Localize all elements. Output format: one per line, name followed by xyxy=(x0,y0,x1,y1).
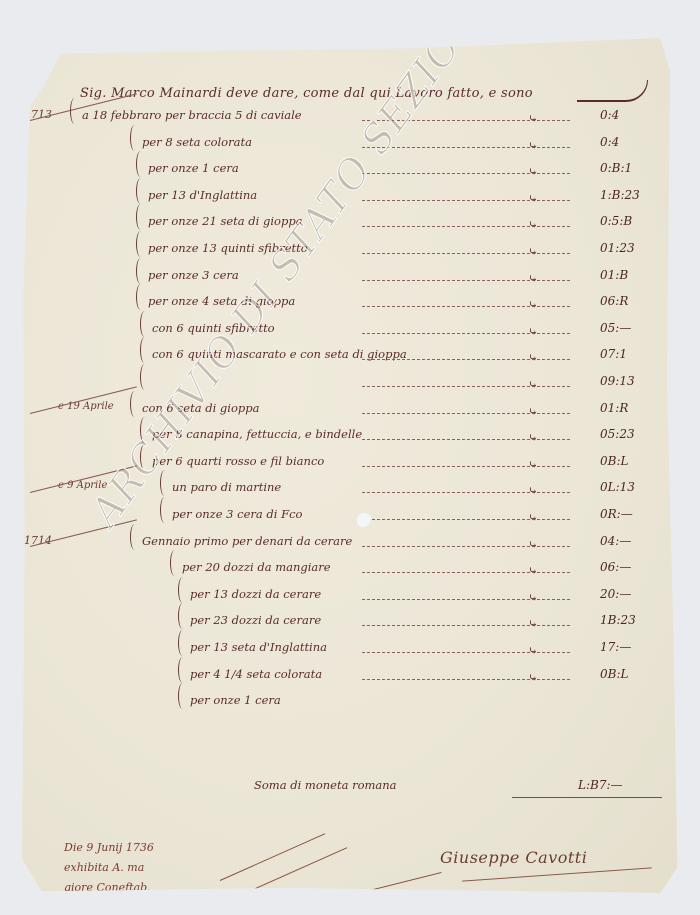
entry-amount: 05:23 xyxy=(600,427,635,441)
line-flourish xyxy=(140,417,149,443)
ledger-row: per 23 dozzi da cerare⤷1B:23 xyxy=(22,613,680,635)
ledger-row: per 6 quarti rosso e fil bianco⤷0B:L xyxy=(22,454,680,476)
leader-dashes xyxy=(362,679,570,680)
line-flourish xyxy=(70,98,79,124)
entry-description: per onze 13 quinti sfibretto xyxy=(148,241,308,255)
leader-dashes xyxy=(362,173,570,174)
leader-dashes xyxy=(362,519,570,520)
entry-amount: 20:— xyxy=(600,587,631,601)
entry-amount: 06:— xyxy=(600,560,631,574)
line-flourish xyxy=(140,364,149,390)
flourish-arrow-icon: ⤷ xyxy=(528,272,538,286)
ledger-row: per 4 1/4 seta colorata⤷0B:L xyxy=(22,667,680,689)
ledger-row: per onze 3 cera⤷01:B xyxy=(22,268,680,290)
entry-description: per 13 dozzi da cerare xyxy=(190,587,321,601)
line-flourish xyxy=(130,391,139,417)
flourish-arrow-icon: ⤷ xyxy=(528,165,538,179)
flourish-arrow-icon: ⤷ xyxy=(528,192,538,206)
entry-description: Gennaio primo per denari da cerare xyxy=(142,534,352,548)
leader-dashes xyxy=(362,572,570,573)
total-amount: L:B7:— xyxy=(578,778,623,792)
line-flourish xyxy=(130,125,139,151)
ledger-row: per 8 seta colorata⤷0:4 xyxy=(22,135,680,157)
entry-description: con 6 seta di gioppa xyxy=(142,401,259,415)
entry-amount: 0:B:1 xyxy=(600,161,632,175)
ledger-row: ⤷09:13 xyxy=(22,374,680,396)
ledger-row: per onze 3 cera di Fco⤷0R:— xyxy=(22,507,680,529)
ledger-total-row: Soma di moneta romana L:B7:— xyxy=(22,776,680,798)
entry-description: per 4 1/4 seta colorata xyxy=(190,667,322,681)
entry-amount: 01:R xyxy=(600,401,628,415)
line-flourish xyxy=(136,284,145,310)
leader-dashes xyxy=(362,546,570,547)
entry-amount: 07:1 xyxy=(600,347,627,361)
entry-amount: 0B:L xyxy=(600,667,628,681)
leader-dashes xyxy=(362,120,570,121)
leader-dashes xyxy=(362,492,570,493)
flourish-arrow-icon: ⤷ xyxy=(528,511,538,525)
ledger-row: per onze 4 seta di gioppa⤷06:R xyxy=(22,294,680,316)
archival-document-page: Sig. Marco Mainardi deve dare, come dal … xyxy=(22,38,680,893)
leader-dashes xyxy=(362,333,570,334)
strike-stroke xyxy=(220,833,325,881)
leader-dashes xyxy=(362,147,570,148)
signature: Giuseppe Cavotti xyxy=(440,848,587,867)
ledger-row: per onze 21 seta di gioppa⤷0:5:B xyxy=(22,214,680,236)
entry-amount: 01:B xyxy=(600,268,628,282)
line-flourish xyxy=(140,444,149,470)
flourish-arrow-icon: ⤷ xyxy=(528,139,538,153)
entry-amount: 05:— xyxy=(600,321,631,335)
flourish-arrow-icon: ⤷ xyxy=(528,378,538,392)
entry-amount: 0:4 xyxy=(600,135,619,149)
heading-flourish-stroke xyxy=(577,80,648,102)
ledger-row: per 13 seta d'Inglattina⤷17:— xyxy=(22,640,680,662)
flourish-arrow-icon: ⤷ xyxy=(528,644,538,658)
leader-dashes xyxy=(362,439,570,440)
flourish-arrow-icon: ⤷ xyxy=(528,431,538,445)
line-flourish xyxy=(136,178,145,204)
line-flourish xyxy=(170,550,179,576)
strike-stroke xyxy=(242,847,347,895)
entry-description: per onze 1 cera xyxy=(190,693,281,707)
document-heading: Sig. Marco Mainardi deve dare, come dal … xyxy=(80,86,533,101)
leader-dashes xyxy=(362,280,570,281)
entry-description: un paro di martine xyxy=(172,480,281,494)
entry-description: a 18 febbraro per braccia 5 di caviale xyxy=(82,108,302,122)
flourish-arrow-icon: ⤷ xyxy=(528,538,538,552)
entry-description: per onze 4 seta di gioppa xyxy=(148,294,295,308)
flourish-arrow-icon: ⤷ xyxy=(528,591,538,605)
entry-description: per 13 seta d'Inglattina xyxy=(190,640,327,654)
line-flourish xyxy=(178,630,187,656)
line-flourish xyxy=(160,497,169,523)
flourish-arrow-icon: ⤷ xyxy=(528,405,538,419)
leader-dashes xyxy=(362,413,570,414)
entry-description: per onze 21 seta di gioppa xyxy=(148,214,303,228)
line-flourish xyxy=(136,151,145,177)
entry-amount: 09:13 xyxy=(600,374,635,388)
flourish-arrow-icon: ⤷ xyxy=(528,484,538,498)
line-flourish xyxy=(178,657,187,683)
entry-amount: 17:— xyxy=(600,640,631,654)
entry-description: per 6 quarti rosso e fil bianco xyxy=(152,454,324,468)
entry-amount: 1:B:23 xyxy=(600,188,640,202)
leader-dashes xyxy=(362,200,570,201)
entry-amount: 1B:23 xyxy=(600,613,636,627)
leader-dashes xyxy=(362,226,570,227)
line-flourish xyxy=(160,470,169,496)
ledger-row: per 20 dozzi da mangiare⤷06:— xyxy=(22,560,680,582)
line-flourish xyxy=(140,337,149,363)
entry-margin-date: e 9 Aprile xyxy=(58,480,107,491)
flourish-arrow-icon: ⤷ xyxy=(528,218,538,232)
leader-dashes xyxy=(362,359,570,360)
line-flourish xyxy=(136,204,145,230)
strike-stroke xyxy=(257,872,442,915)
leader-dashes xyxy=(362,253,570,254)
flourish-arrow-icon: ⤷ xyxy=(528,617,538,631)
entry-amount: 01:23 xyxy=(600,241,635,255)
entry-description: per 23 dozzi da cerare xyxy=(190,613,321,627)
entry-margin-date: e 19 Aprile xyxy=(58,401,114,412)
ledger-row: e 19 Aprilecon 6 seta di gioppa⤷01:R xyxy=(22,401,680,423)
flourish-arrow-icon: ⤷ xyxy=(528,245,538,259)
line-flourish xyxy=(178,683,187,709)
line-flourish xyxy=(136,258,145,284)
ledger-row: per 13 d'Inglattina⤷1:B:23 xyxy=(22,188,680,210)
flourish-arrow-icon: ⤷ xyxy=(528,564,538,578)
entry-amount: 0B:L xyxy=(600,454,628,468)
leader-dashes xyxy=(362,652,570,653)
entry-amount: 0R:— xyxy=(600,507,633,521)
line-flourish xyxy=(178,603,187,629)
ledger-row: con 6 quinti mascarato e con seta di gio… xyxy=(22,347,680,369)
flourish-arrow-icon: ⤷ xyxy=(528,298,538,312)
entry-amount: 0:4 xyxy=(600,108,619,122)
flourish-arrow-icon: ⤷ xyxy=(528,351,538,365)
ledger-row: per 13 dozzi da cerare⤷20:— xyxy=(22,587,680,609)
total-label: Soma di moneta romana xyxy=(254,778,397,792)
line-flourish xyxy=(136,231,145,257)
entry-description: per onze 3 cera xyxy=(148,268,239,282)
ledger-row: e 9 Aprileun paro di martine⤷0L:13 xyxy=(22,480,680,502)
entry-description: con 6 quinti sfibretto xyxy=(152,321,275,335)
leader-dashes xyxy=(362,306,570,307)
entry-description: per 13 d'Inglattina xyxy=(148,188,257,202)
entry-description: per onze 3 cera di Fco xyxy=(172,507,302,521)
exhibition-note: Die 9 Junij 1736 exhibita A. ma giore Co… xyxy=(64,838,154,898)
entry-amount: 0:5:B xyxy=(600,214,632,228)
entry-description: per onze 1 cera xyxy=(148,161,239,175)
flourish-arrow-icon: ⤷ xyxy=(528,458,538,472)
leader-dashes xyxy=(362,386,570,387)
line-flourish xyxy=(178,577,187,603)
ledger-row: 1713a 18 febbraro per braccia 5 di cavia… xyxy=(22,108,680,130)
entry-description: per 20 dozzi da mangiare xyxy=(182,560,331,574)
ledger-row: per 8 canapina, fettuccia, e bindelle⤷05… xyxy=(22,427,680,449)
flourish-arrow-icon: ⤷ xyxy=(528,325,538,339)
entry-description: per 8 canapina, fettuccia, e bindelle xyxy=(152,427,362,441)
leader-dashes xyxy=(362,599,570,600)
flourish-arrow-icon: ⤷ xyxy=(528,112,538,126)
ledger-row: per onze 13 quinti sfibretto⤷01:23 xyxy=(22,241,680,263)
ledger-row: 1714Gennaio primo per denari da cerare⤷0… xyxy=(22,534,680,556)
flourish-arrow-icon: ⤷ xyxy=(528,671,538,685)
leader-dashes xyxy=(362,625,570,626)
ledger-row: per onze 1 cera xyxy=(22,693,680,715)
line-flourish xyxy=(130,524,139,550)
signature-underline xyxy=(462,867,652,881)
entry-amount: 06:R xyxy=(600,294,628,308)
ledger-row: per onze 1 cera⤷0:B:1 xyxy=(22,161,680,183)
entry-amount: 04:— xyxy=(600,534,631,548)
entry-description: per 8 seta colorata xyxy=(142,135,252,149)
ledger-row: con 6 quinti sfibretto⤷05:— xyxy=(22,321,680,343)
line-flourish xyxy=(140,311,149,337)
leader-dashes xyxy=(362,466,570,467)
entry-amount: 0L:13 xyxy=(600,480,635,494)
